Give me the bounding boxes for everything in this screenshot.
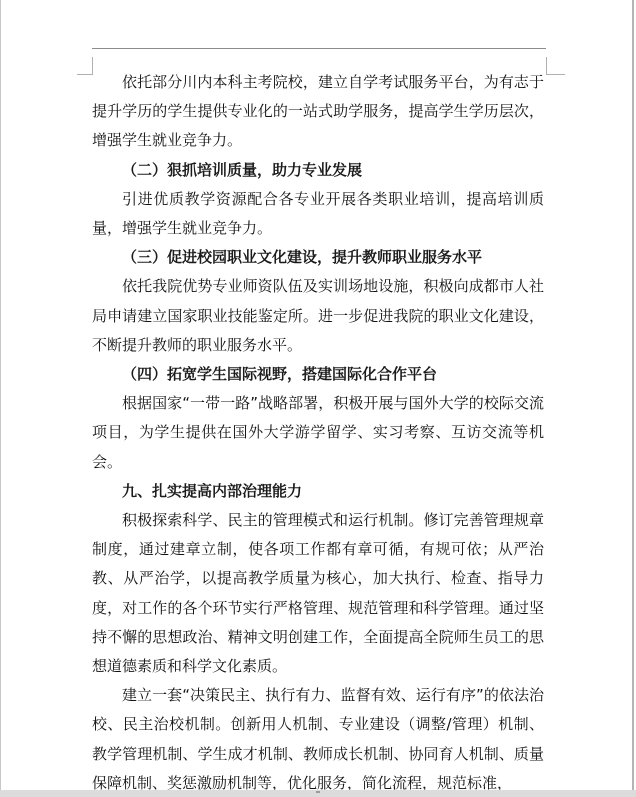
paragraph: 依托我院优势专业师资队伍及实训场地设施，积极向成都市人社局申请建立国家职业技能鉴…	[92, 272, 544, 360]
document-body[interactable]: 依托部分川内本科主考院校，建立自学考试服务平台，为有志于提升学历的学生提供专业化…	[92, 68, 544, 797]
section-heading: （二）狠抓培训质量，助力专业发展	[92, 156, 544, 185]
paragraph: 依托部分川内本科主考院校，建立自学考试服务平台，为有志于提升学历的学生提供专业化…	[92, 68, 544, 156]
margin-corner-mark-right	[546, 57, 565, 75]
header-rule	[92, 48, 546, 49]
section-heading: （四）拓宽学生国际视野，搭建国际化合作平台	[92, 360, 544, 389]
paragraph: 积极探索科学、民主的管理模式和运行机制。修订完善管理规章制度，通过建章立制，使各…	[92, 506, 544, 681]
page-gap-strip	[0, 790, 636, 797]
paragraph: 引进优质教学资源配合各专业开展各类职业培训，提高培训质量，增强学生就业竞争力。	[92, 185, 544, 243]
margin-corner-mark-left	[77, 57, 93, 75]
paragraph: 建立一套“决策民主、执行有力、监督有效、运行有序”的依法治校、民主治校机制。创新…	[92, 681, 544, 797]
paragraph: 根据国家“一带一路”战略部署，积极开展与国外大学的校际交流项目，为学生提供在国外…	[92, 389, 544, 477]
section-heading: （三）促进校园职业文化建设，提升教师职业服务水平	[92, 243, 544, 272]
chapter-heading: 九、扎实提高内部治理能力	[92, 477, 544, 506]
page-break-marker	[316, 791, 320, 793]
document-page: 依托部分川内本科主考院校，建立自学考试服务平台，为有志于提升学历的学生提供专业化…	[0, 0, 634, 790]
